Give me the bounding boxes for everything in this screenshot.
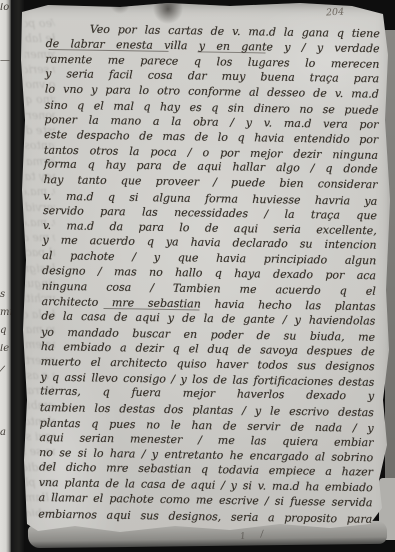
binding-gutter [11, 0, 24, 552]
facing-page-ink-fragment: s [0, 290, 11, 300]
handwritten-text-block: Veo por las cartas de v. ma.d la gana q … [38, 21, 380, 526]
facing-page-ink-fragment: mi [0, 308, 11, 318]
facing-page-ink-fragment: le [0, 344, 11, 354]
facing-page-ink-fragment: — [0, 56, 11, 66]
facing-page-ink-fragment: a [0, 428, 11, 438]
facing-page-ink-fragment: lo [0, 3, 11, 13]
bottom-edge-mark: 1 / [240, 529, 271, 542]
manuscript-page: Veo por las cartas de v. ma.d la gana q … [0, 0, 395, 552]
page-number: 204 [326, 7, 345, 19]
facing-page-edge: lo—smiqle/a [0, 0, 11, 552]
facing-page-ink-fragment: q [0, 326, 11, 336]
manuscript-scan: lo—smiqle/a 1 / Veo por las cartas de v.… [0, 0, 395, 552]
